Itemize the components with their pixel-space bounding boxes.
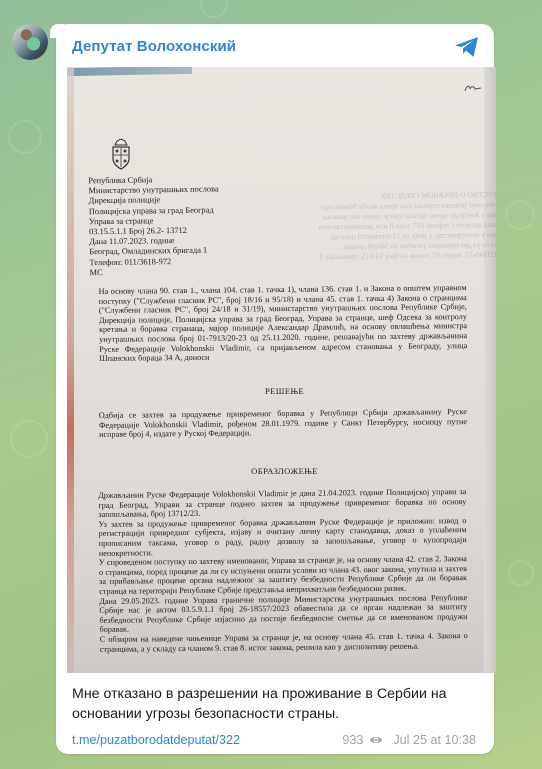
background-pattern [505,200,535,230]
post-link[interactable]: t.me/puzatborodatdeputat/322 [72,733,240,747]
reasoning-text: Држављанин Руске Федерације Volokhonskii… [98,487,468,654]
channel-avatar[interactable] [12,24,48,60]
handwritten-mark [464,83,482,93]
reasoning-title: ОБРАЗЛОЖЕЊЕ [87,467,482,477]
view-count: 933 [342,733,363,747]
telegram-share-icon [454,36,480,58]
channel-name[interactable]: Депутат Волохонский [72,38,236,55]
photo-edge-shadow [67,67,74,673]
document-intro: На основу члана 90. став 1., члана 104. … [99,283,468,364]
background-pattern [8,120,42,154]
decision-text: Одбија се захтев за продужење привремено… [99,407,467,440]
decision-title: РЕШЕЊЕ [87,387,482,397]
message-caption: Мне отказано в разрешении на проживание … [72,684,482,724]
photo-edge-shadow [484,67,496,673]
bleed-through-text: УПУТСТВО О ПРАВНОМ СРЕДСТВУ Против овог … [319,190,496,263]
message-meta: 933 Jul 25 at 10:38 [342,733,476,747]
reasoning-paragraph: Дана 29.05.2023. године Управа граничне … [99,593,467,635]
message-bubble: Депутат Волохонский Република Србија Мин… [56,24,494,754]
reasoning-paragraph: У спроведеном поступку по захтеву именов… [99,554,467,596]
background-pattern [508,560,534,586]
reasoning-paragraph: Уз захтев за продужење привременог борав… [98,516,466,558]
document-photo[interactable]: Република Србија Министарство унутрашњих… [67,67,496,673]
timestamp: Jul 25 at 10:38 [393,733,476,747]
background-pattern [200,0,228,18]
bleed-line: 742221843-57, модел 97, позив на број 53… [319,250,496,263]
eye-icon [369,735,383,745]
document-header: Република Србија Министарство унутрашњих… [88,174,269,279]
background-pattern [10,420,48,458]
photo-background-strip [67,67,192,76]
share-button[interactable] [454,36,480,58]
reasoning-paragraph: С обзиром на наведене чињенице Управа за… [100,631,468,654]
coat-of-arms-icon [109,137,133,171]
reasoning-paragraph: Држављанин Руске Федерације Volokhonskii… [98,487,466,520]
